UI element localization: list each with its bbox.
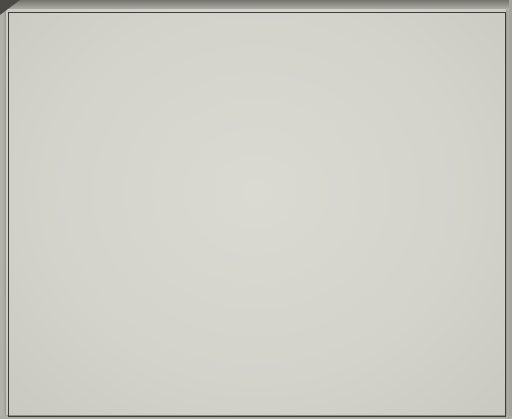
nachwuchs-title — [241, 58, 297, 65]
anmerkung-header — [436, 75, 504, 89]
nachwuchs-bis14-header — [241, 66, 253, 116]
militaer-vorgemerkte — [297, 71, 392, 79]
militaer-armee — [297, 79, 392, 87]
col-house-number-header — [8, 56, 17, 116]
scanned-census-sheet — [0, 0, 512, 419]
stand-col-m — [166, 86, 175, 92]
weiber-title-line1 — [412, 56, 436, 65]
col-owner-header — [18, 58, 59, 116]
nachwuchs-center-line1 — [253, 70, 287, 77]
militaer-footer — [297, 104, 392, 118]
weiber-title-line3 — [412, 78, 436, 87]
nachwuchs-center-line2 — [253, 79, 287, 86]
qualification-header — [132, 110, 185, 118]
col-conscription-number-header — [116, 56, 132, 116]
col-gebrechliche-header — [402, 56, 412, 116]
religion-box-title — [132, 53, 185, 62]
col-families-header — [60, 56, 71, 116]
stand-box-header — [132, 86, 166, 92]
militaer-anwendbare — [297, 63, 392, 71]
nachwuchs-years-footer — [253, 104, 287, 118]
nachwuchs-summe-header — [287, 66, 297, 116]
col-beurlaubte-header — [392, 56, 402, 116]
photo-edge-top — [0, 0, 512, 8]
stand-col-w — [175, 86, 185, 92]
col-inhabitants-header — [72, 58, 115, 116]
weiber-title-line2 — [412, 67, 436, 76]
